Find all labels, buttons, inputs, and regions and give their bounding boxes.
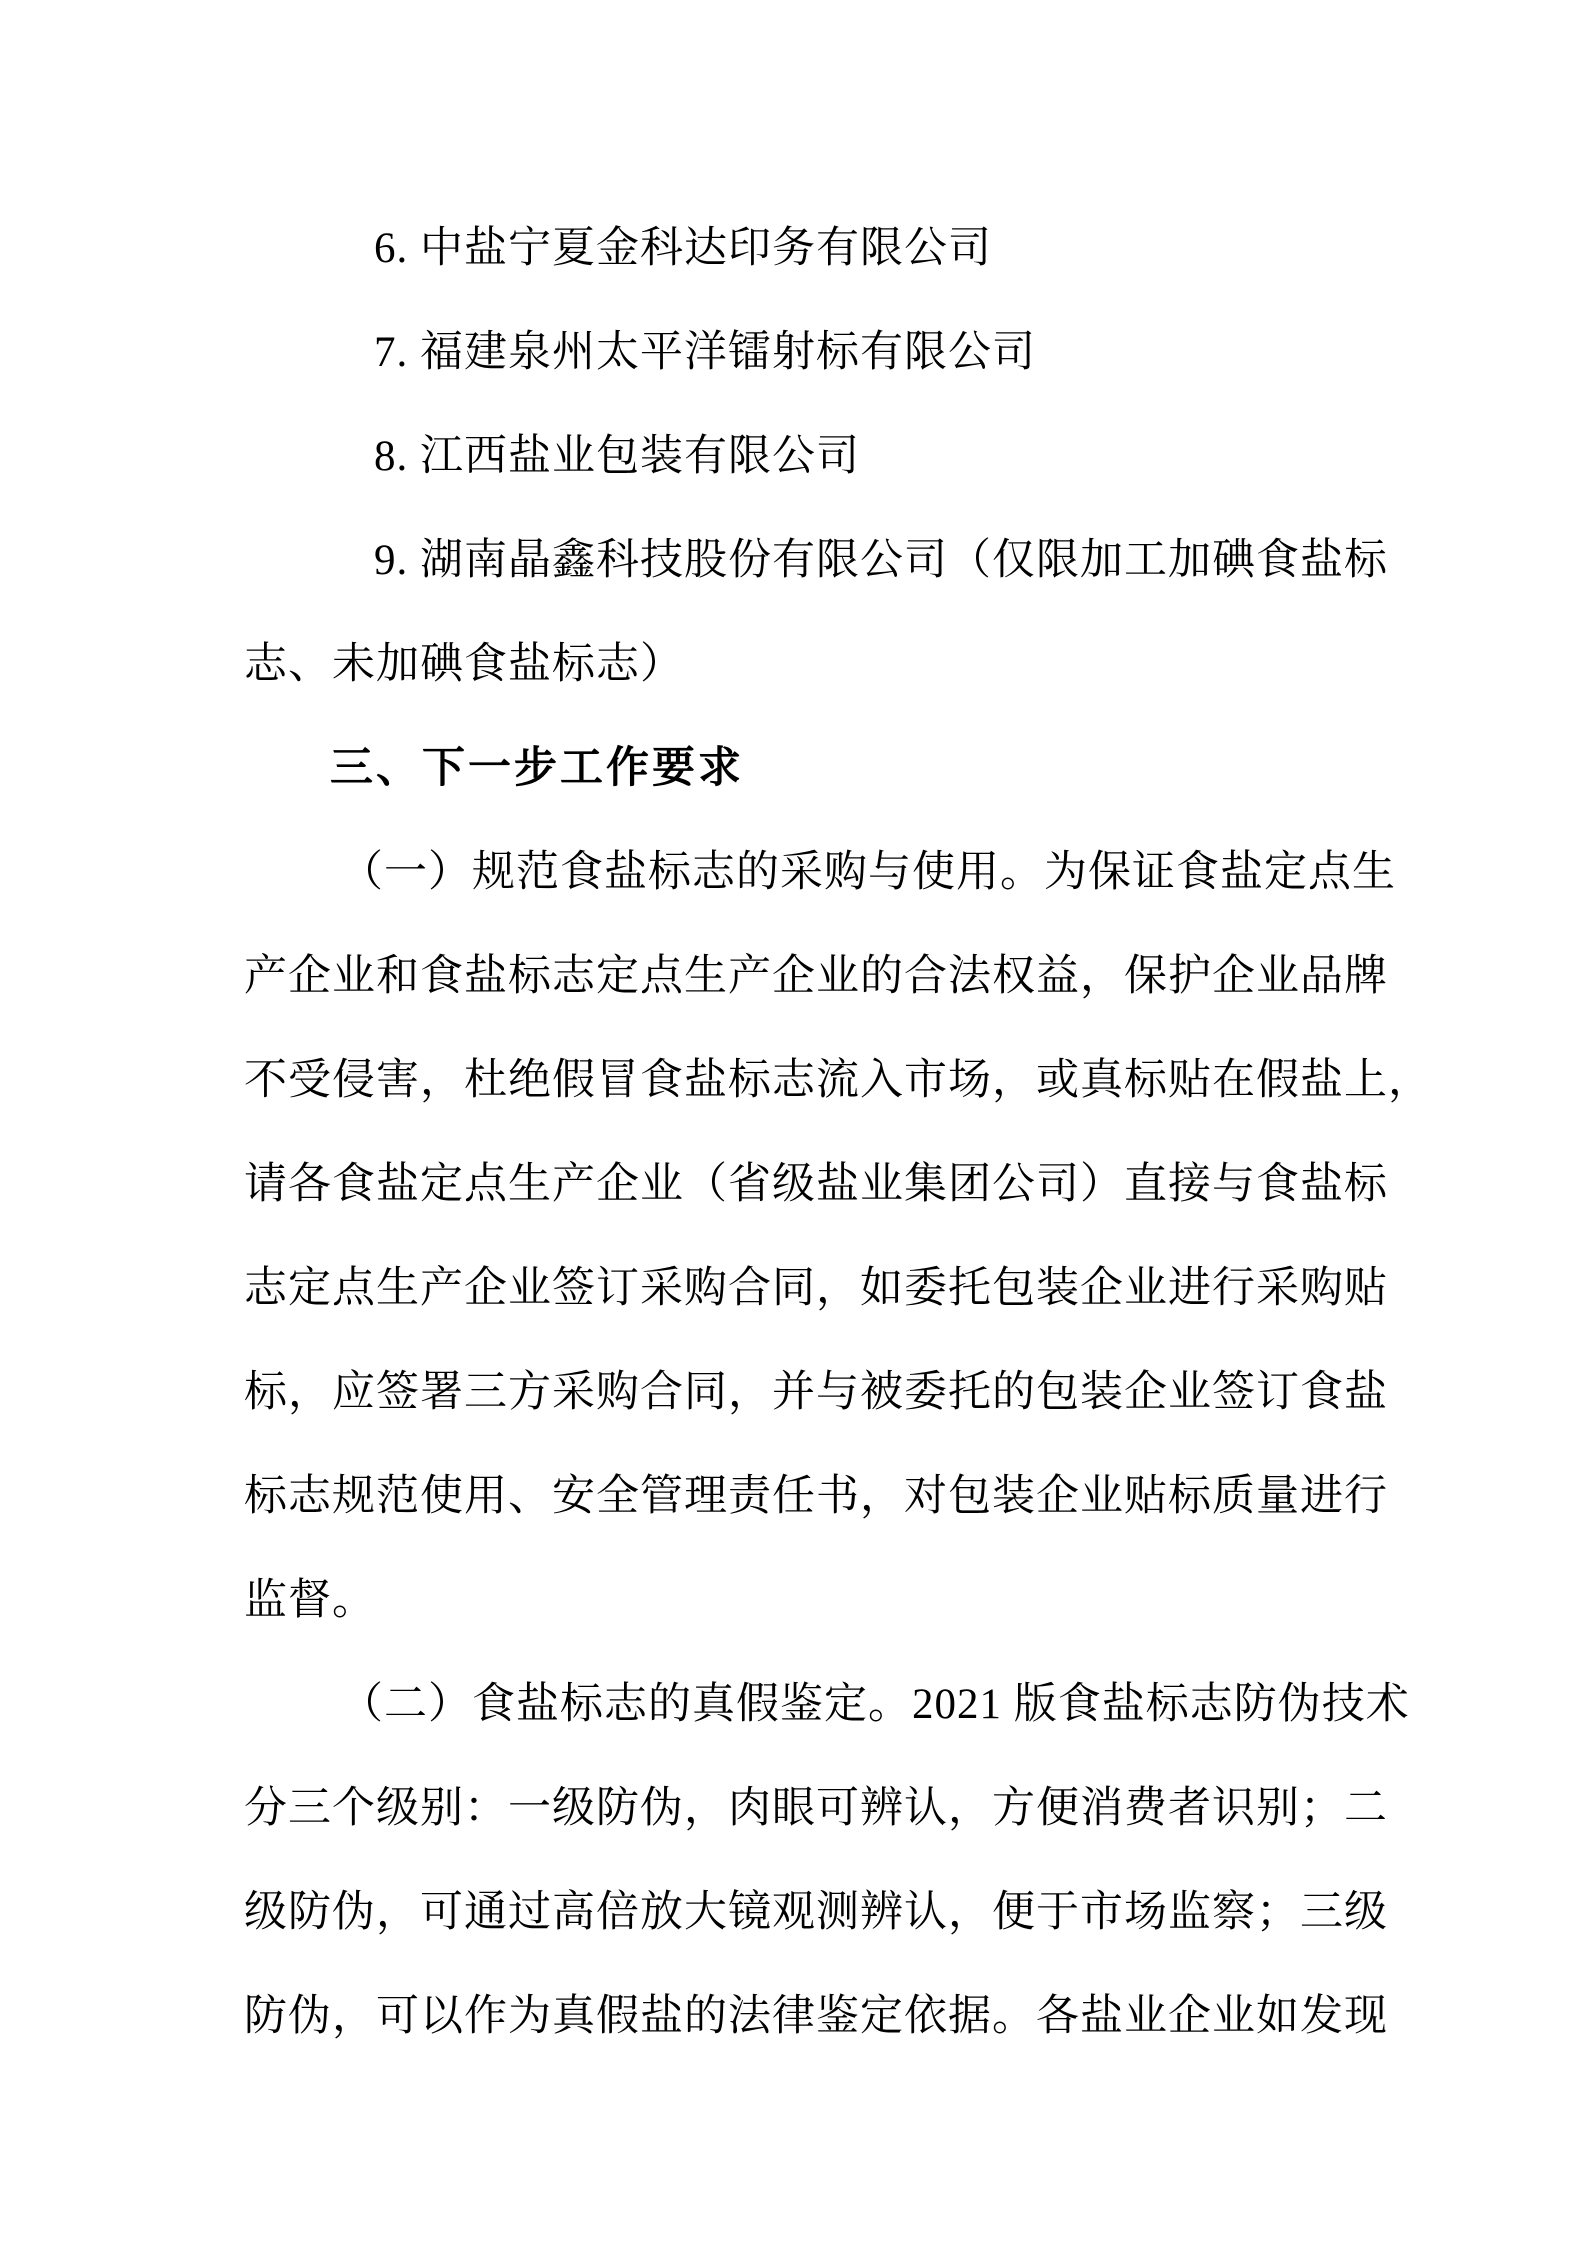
document-text-block: 6. 中盐宁夏金科达印务有限公司 7. 福建泉州太平洋镭射标有限公司 8. 江西… xyxy=(244,192,1377,2064)
paragraph-1-line-2: 产企业和食盐标志定点生产企业的合法权益，保护企业品牌 xyxy=(244,920,1377,1024)
paragraph-1-line-5: 志定点生产企业签订采购合同，如委托包装企业进行采购贴 xyxy=(244,1232,1377,1336)
paragraph-2-line-3: 级防伪，可通过高倍放大镜观测辨认，便于市场监察；三级 xyxy=(244,1856,1377,1960)
paragraph-1-line-1: （一）规范食盐标志的采购与使用。为保证食盐定点生 xyxy=(244,816,1377,920)
paragraph-1-line-7: 标志规范使用、安全管理责任书，对包装企业贴标质量进行 xyxy=(244,1440,1377,1544)
paragraph-2-line-1: （二）食盐标志的真假鉴定。2021 版食盐标志防伪技术 xyxy=(244,1648,1377,1752)
paragraph-1-line-6: 标，应签署三方采购合同，并与被委托的包装企业签订食盐 xyxy=(244,1336,1377,1440)
list-item-6: 6. 中盐宁夏金科达印务有限公司 xyxy=(244,192,1377,296)
list-item-9-line-1: 9. 湖南晶鑫科技股份有限公司（仅限加工加碘食盐标 xyxy=(244,504,1377,608)
section-heading: 三、下一步工作要求 xyxy=(244,712,1377,816)
list-item-8: 8. 江西盐业包装有限公司 xyxy=(244,400,1377,504)
list-item-7: 7. 福建泉州太平洋镭射标有限公司 xyxy=(244,296,1377,400)
paragraph-1-line-8: 监督。 xyxy=(244,1544,1377,1648)
paragraph-1-line-4: 请各食盐定点生产企业（省级盐业集团公司）直接与食盐标 xyxy=(244,1128,1377,1232)
paragraph-2-line-2: 分三个级别：一级防伪，肉眼可辨认，方便消费者识别；二 xyxy=(244,1752,1377,1856)
list-item-9-line-2: 志、未加碘食盐标志） xyxy=(244,608,1377,712)
paragraph-2-line-4: 防伪，可以作为真假盐的法律鉴定依据。各盐业企业如发现 xyxy=(244,1960,1377,2064)
paragraph-1-line-3: 不受侵害，杜绝假冒食盐标志流入市场，或真标贴在假盐上， xyxy=(244,1024,1377,1128)
document-page: 6. 中盐宁夏金科达印务有限公司 7. 福建泉州太平洋镭射标有限公司 8. 江西… xyxy=(0,0,1587,2245)
